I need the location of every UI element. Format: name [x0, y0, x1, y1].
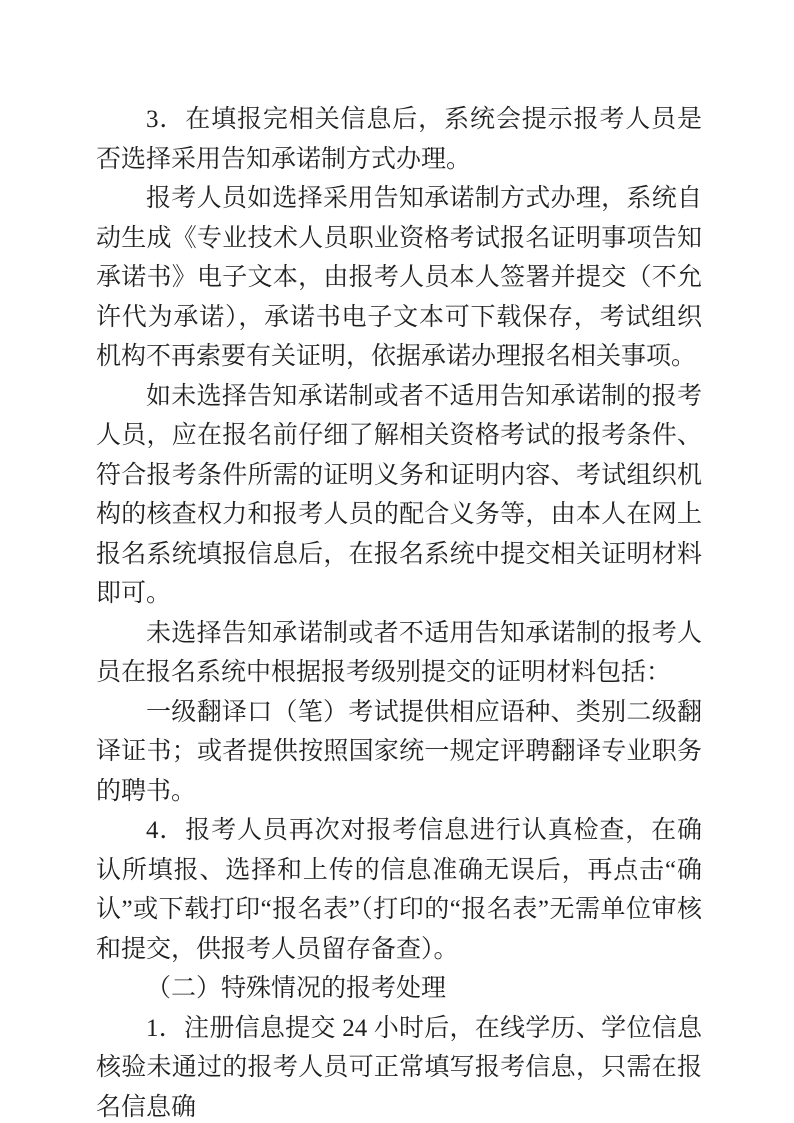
paragraph: 报考人员如选择采用告知承诺制方式办理，系统自动生成《专业技术人员职业资格考试报名… — [96, 179, 702, 377]
paragraph: 1．注册信息提交 24 小时后，在线学历、学位信息核验未通过的报考人员可正常填写… — [96, 1009, 702, 1123]
paragraph: 3．在填报完相关信息后，系统会提示报考人员是否选择采用告知承诺制方式办理。 — [96, 100, 702, 179]
paragraph-section-heading: （二）特殊情况的报考处理 — [96, 969, 702, 1009]
document-body: 3．在填报完相关信息后，系统会提示报考人员是否选择采用告知承诺制方式办理。 报考… — [96, 100, 702, 1123]
paragraph: 如未选择告知承诺制或者不适用告知承诺制的报考人员，应在报名前仔细了解相关资格考试… — [96, 377, 702, 614]
document-page: 3．在填报完相关信息后，系统会提示报考人员是否选择采用告知承诺制方式办理。 报考… — [0, 0, 794, 1123]
paragraph: 一级翻译口（笔）考试提供相应语种、类别二级翻译证书；或者提供按照国家统一规定评聘… — [96, 693, 702, 812]
paragraph: 未选择告知承诺制或者不适用告知承诺制的报考人员在报名系统中根据报考级别提交的证明… — [96, 614, 702, 693]
paragraph: 4．报考人员再次对报考信息进行认真检查，在确认所填报、选择和上传的信息准确无误后… — [96, 811, 702, 969]
